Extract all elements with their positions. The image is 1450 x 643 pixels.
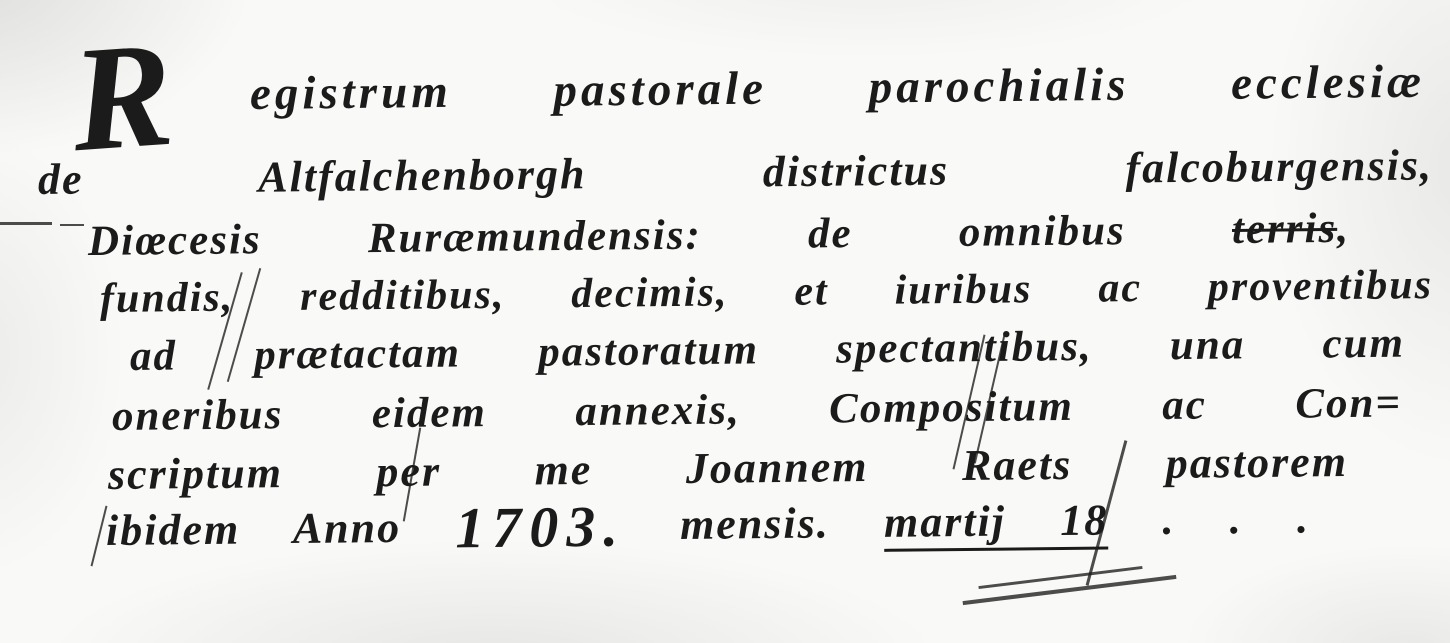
manuscript-line-5: ad prætactam pastoratum spectantibus, un… bbox=[130, 318, 1405, 383]
line-6-text: oneribus eidem annexis, Compositum ac Co… bbox=[112, 379, 1402, 440]
underline-flourish bbox=[963, 575, 1177, 605]
year-1703: 1703. bbox=[455, 494, 626, 561]
line-3-text: Diœcesis Ruræmundensis: de omnibus bbox=[88, 206, 1232, 265]
margin-dash-stroke bbox=[0, 222, 52, 225]
ink-hairline-stroke bbox=[91, 506, 108, 567]
manuscript-line-1: egistrum pastorale parochialis ecclesiæ bbox=[250, 54, 1426, 123]
line-8-mid: mensis. bbox=[626, 498, 885, 550]
line-4-text: fundis, redditibus, decimis, et iuribus … bbox=[100, 262, 1433, 322]
manuscript-line-8: ibidem Anno 1703. mensis. martij 18 . . … bbox=[106, 492, 1310, 558]
manuscript-line-6: oneribus eidem annexis, Compositum ac Co… bbox=[112, 377, 1402, 442]
margin-dash-stroke bbox=[60, 224, 84, 226]
line-7-text: scriptum per me Joannem Raets pastorem bbox=[108, 437, 1348, 499]
manuscript-line-7: scriptum per me Joannem Raets pastorem bbox=[108, 436, 1348, 502]
line-5-text: ad prætactam pastoratum spectantibus, un… bbox=[130, 320, 1405, 380]
underlined-date-martij: martij 18 bbox=[884, 496, 1109, 552]
manuscript-line-2: de Altfalchenborgh districtus falcoburge… bbox=[38, 139, 1433, 206]
line-8-suffix: . . . bbox=[1108, 493, 1310, 544]
line-3-suffix: , bbox=[1337, 205, 1350, 252]
line-1-text: egistrum pastorale parochialis ecclesiæ bbox=[250, 56, 1425, 120]
line-2-text: de Altfalchenborgh districtus falcoburge… bbox=[38, 140, 1433, 204]
line-8-prefix: ibidem Anno bbox=[106, 502, 456, 555]
manuscript-line-3: Diœcesis Ruræmundensis: de omnibus terri… bbox=[88, 203, 1350, 268]
manuscript-line-4: fundis, redditibus, decimis, et iuribus … bbox=[100, 260, 1433, 324]
manuscript-page: R egistrum pastorale parochialis ecclesi… bbox=[0, 0, 1450, 643]
struck-word-terris: terris bbox=[1232, 205, 1338, 253]
